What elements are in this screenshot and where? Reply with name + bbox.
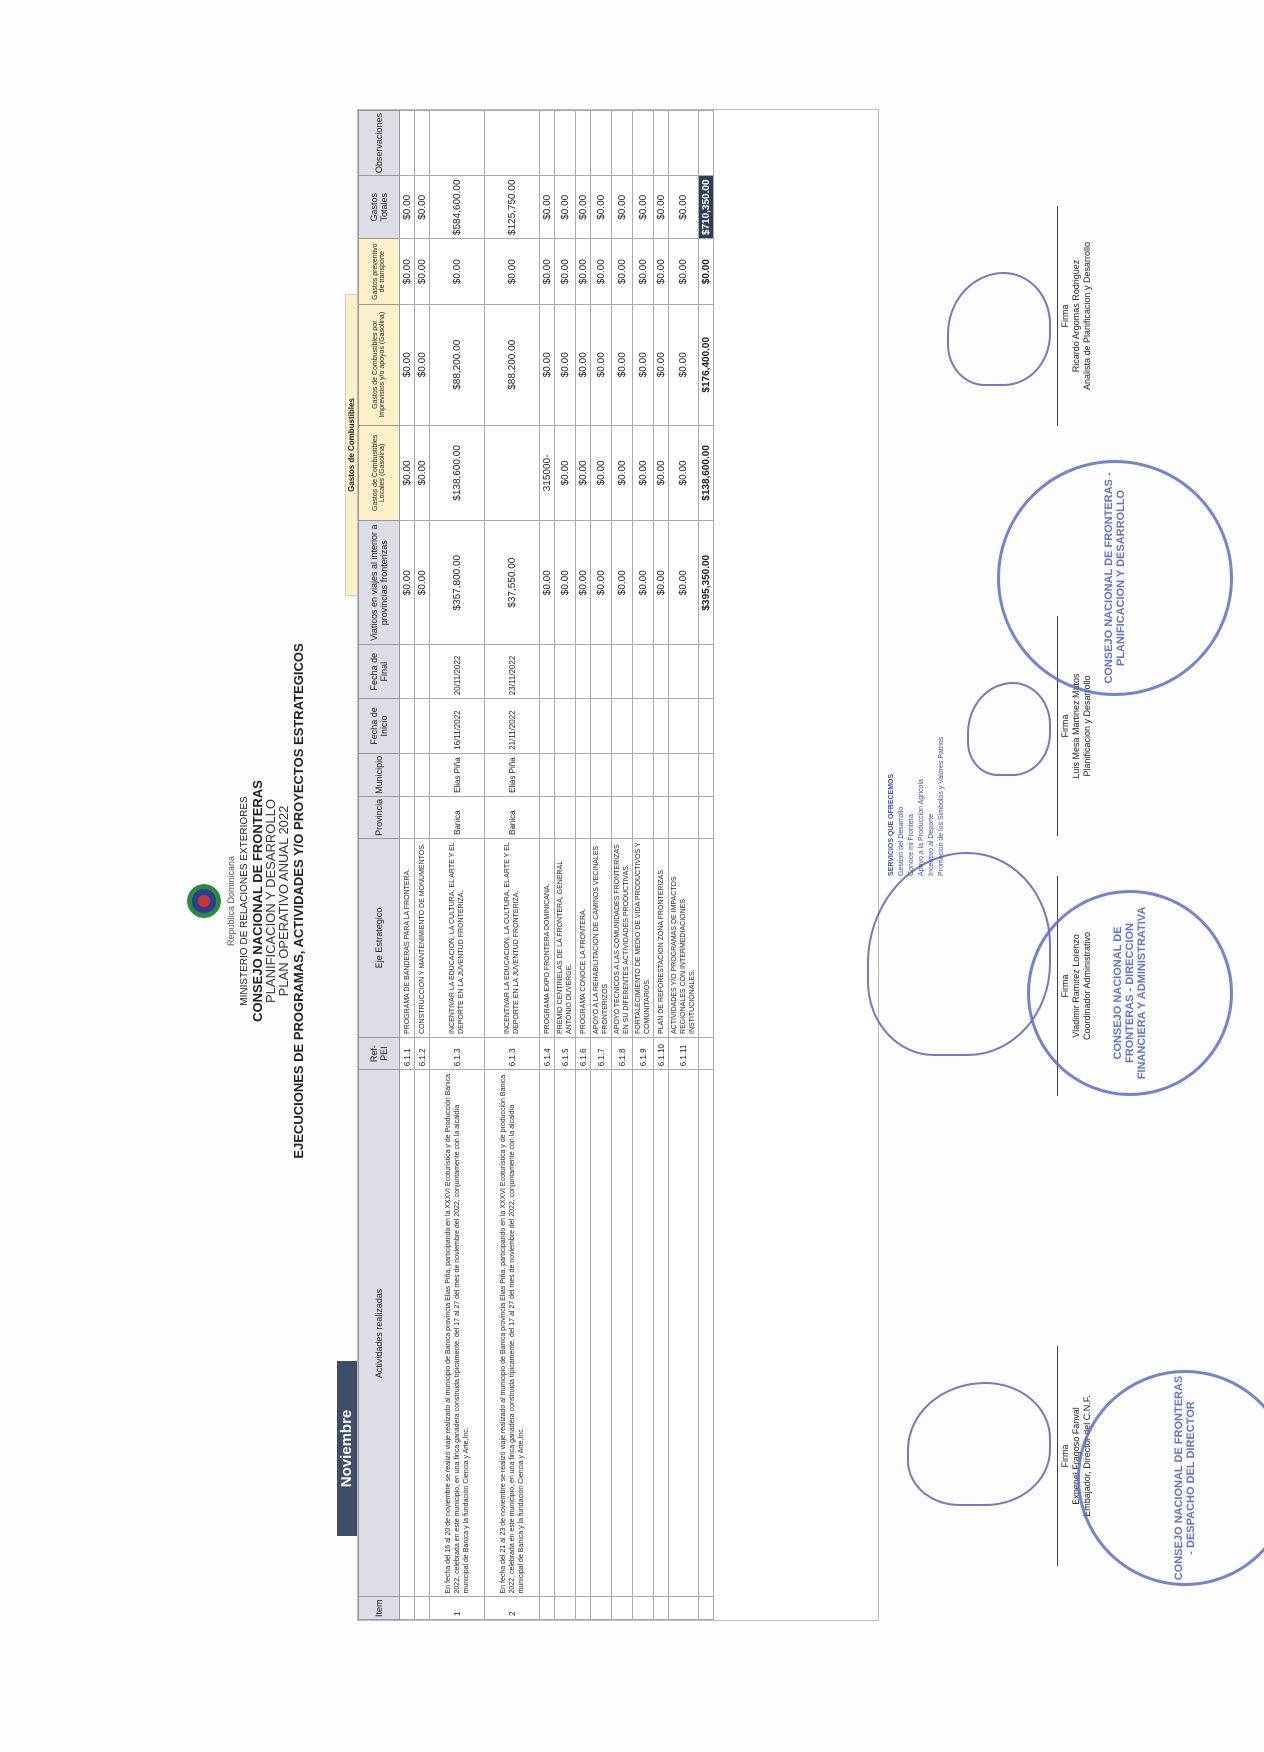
cell-total: $0.00	[654, 176, 669, 239]
cell-eje: CONSTRUCCION Y MANTENIMIENTO DE MONUMENT…	[415, 838, 430, 1037]
cell-item	[669, 1597, 699, 1620]
cell-comb_locales: 315000-	[540, 425, 555, 521]
report-title: EJECUCIONES DE PROGRAMAS, ACTIVIDADES Y/…	[292, 146, 305, 1656]
column-header: Fecha de Inicio	[359, 699, 400, 754]
cell-ref: 6.1.3	[430, 1037, 485, 1069]
plan: PLAN OPERATIVO ANUAL 2022	[277, 146, 290, 1656]
cell-eje: APOYO TECNICOS A LAS COMUNIDADES FRONTER…	[612, 838, 633, 1037]
service-item: Incentivo al Deporte	[927, 737, 937, 876]
cell-comb_imprevistos: $0.00	[540, 304, 555, 425]
cell-activity	[612, 1070, 633, 1597]
signature-analyst: Firma Ricardo Argomas Rodriguez Analista…	[1057, 206, 1093, 426]
scanned-page: Republica Dominicana MINISTERIO DE RELAC…	[67, 96, 1197, 1656]
table-row: 6.1.7APOYO A LA REHABILITACION DE CAMINO…	[591, 111, 612, 1620]
cell-total: $584,600.00	[430, 176, 485, 239]
cell-provincia	[591, 796, 612, 838]
cell-comb_locales: $0.00	[415, 425, 430, 521]
cell-item	[400, 1597, 415, 1620]
column-header: Viaticos en viajes al interior a provinc…	[359, 521, 400, 645]
cell-eje: APOYO A LA REHABILITACION DE CAMINOS VEC…	[591, 838, 612, 1037]
cell-obs	[633, 111, 654, 176]
cell-final	[591, 645, 612, 699]
table-row: 6.1.9FORTALECIMIENTO DE MEDIO DE VIDA PR…	[633, 111, 654, 1620]
cell-total: $125,750.00	[485, 176, 540, 239]
cell-obs	[612, 111, 633, 176]
cell-comb_locales: $0.00	[400, 425, 415, 521]
cell-comb_locales: $0.00	[576, 425, 591, 521]
cell-transporte: $0.00	[669, 239, 699, 304]
cell-transporte: $0.00	[591, 239, 612, 304]
cell-inicio: 16/11/2022	[430, 699, 485, 754]
table-row: 6.1.6PROGRAMA CONOCE LA FRONTERA.$0.00$0…	[576, 111, 591, 1620]
cell-comb_imprevistos: $0.00	[654, 304, 669, 425]
cell-final	[400, 645, 415, 699]
cell-ref: 6.1.10	[654, 1037, 669, 1069]
cell-item	[612, 1597, 633, 1620]
cell-comb_locales: $0.00	[591, 425, 612, 521]
cell-inicio	[633, 699, 654, 754]
cell-comb_imprevistos: $88,200.00	[485, 304, 540, 425]
table-row: 6.1.8APOYO TECNICOS A LAS COMUNIDADES FR…	[612, 111, 633, 1620]
cell-ref: 6.1.11	[669, 1037, 699, 1069]
month-banner: Noviembre	[337, 1361, 357, 1536]
stamp-planning: CONSEJO NACIONAL DE FRONTERAS - PLANIFIC…	[997, 460, 1233, 696]
cell-ref: 6.1.3	[485, 1037, 540, 1069]
cell-municipio: Elias Piña	[430, 753, 485, 796]
cell-eje: INCENTIVAR LA EDUCACION, LA CULTURA, EL …	[485, 838, 540, 1037]
cell-transporte: $0.00	[612, 239, 633, 304]
cell-activity	[654, 1070, 669, 1597]
cell-comb_imprevistos: $88,200.00	[430, 304, 485, 425]
cell-viaticos: $0.00	[633, 521, 654, 645]
cell-inicio	[555, 699, 576, 754]
total-viaticos: $395,350.00	[699, 521, 714, 645]
cell-final: 23/11/2022	[485, 645, 540, 699]
cell-obs	[485, 111, 540, 176]
total-comb_locales: $138,600.00	[699, 425, 714, 521]
column-header: Municipio	[359, 753, 400, 796]
cell-viaticos: $357,800.00	[430, 521, 485, 645]
total-item	[699, 1597, 714, 1620]
cell-municipio: Elias Piña	[485, 753, 540, 796]
cell-item: 1	[430, 1597, 485, 1620]
column-header: Observaciones	[359, 111, 400, 176]
cell-activity	[576, 1070, 591, 1597]
cell-total: $0.00	[555, 176, 576, 239]
cell-final	[654, 645, 669, 699]
cell-activity	[555, 1070, 576, 1597]
cell-comb_imprevistos: $0.00	[612, 304, 633, 425]
cell-municipio	[576, 753, 591, 796]
signature-scribble	[947, 272, 1051, 386]
cell-obs	[540, 111, 555, 176]
cell-activity: En fecha del 21 al 23 de noviembre se re…	[485, 1070, 540, 1597]
cell-total: $0.00	[576, 176, 591, 239]
cell-provincia: Banica	[430, 796, 485, 838]
cell-comb_imprevistos: $0.00	[555, 304, 576, 425]
cell-viaticos: $0.00	[400, 521, 415, 645]
totals-row: $395,350.00$138,600.00$176,400.00$0.00$7…	[699, 111, 714, 1620]
column-header: Item	[359, 1597, 400, 1620]
cell-activity: En fecha del 16 al 20 de noviembre se re…	[430, 1070, 485, 1597]
services-title: SERVICIOS QUE OFRECEMOS	[888, 774, 895, 876]
cell-inicio: 21/11/2022	[485, 699, 540, 754]
stamp-director: CONSEJO NACIONAL DE FRONTERAS - DESPACHO…	[1077, 1370, 1264, 1586]
cell-viaticos: $0.00	[612, 521, 633, 645]
table-row: 6.1.4PROGRAMA EXPO FRONTERA DOMINICANA.$…	[540, 111, 555, 1620]
signature-name: Ricardo Argomas Rodriguez	[1071, 206, 1082, 426]
cell-transporte: $0.00	[633, 239, 654, 304]
cell-municipio	[555, 753, 576, 796]
cell-provincia	[400, 796, 415, 838]
column-header: Gastos de Combustibles Locales (Gasolina…	[359, 425, 400, 521]
cell-eje: PREMIO CENTINELAS DE LA FRONTERA, GENERA…	[555, 838, 576, 1037]
cell-item	[591, 1597, 612, 1620]
cell-obs	[430, 111, 485, 176]
cell-final	[555, 645, 576, 699]
cell-comb_imprevistos: $0.00	[415, 304, 430, 425]
cell-obs	[576, 111, 591, 176]
cell-ref: 6.1.8	[612, 1037, 633, 1069]
execution-table-frame: ItemActividades realizadasRef-PEIEje Est…	[357, 109, 879, 1621]
cell-final: 20/11/2022	[430, 645, 485, 699]
table-row: 6.1.5PREMIO CENTINELAS DE LA FRONTERA, G…	[555, 111, 576, 1620]
cell-item	[654, 1597, 669, 1620]
cell-provincia	[415, 796, 430, 838]
cell-final	[669, 645, 699, 699]
cell-comb_locales: $0.00	[612, 425, 633, 521]
services-list: SERVICIOS QUE OFRECEMOS Gestion del Desa…	[887, 737, 947, 876]
cell-eje: FORTALECIMIENTO DE MEDIO DE VIDA PRODUCT…	[633, 838, 654, 1037]
cell-comb_locales: $138,600.00	[430, 425, 485, 521]
cell-total: $0.00	[540, 176, 555, 239]
cell-municipio	[633, 753, 654, 796]
cell-provincia	[669, 796, 699, 838]
cell-obs	[415, 111, 430, 176]
cell-inicio	[591, 699, 612, 754]
cell-eje: INCENTIVAR LA EDUCACION, LA CULTURA, EL …	[430, 838, 485, 1037]
cell-provincia: Banica	[485, 796, 540, 838]
total-municipio	[699, 753, 714, 796]
service-item: Apoyo a la Produccion Agricola	[917, 737, 927, 876]
cell-provincia	[555, 796, 576, 838]
cell-activity	[591, 1070, 612, 1597]
table-header-row: ItemActividades realizadasRef-PEIEje Est…	[359, 111, 400, 1620]
report-header: Republica Dominicana MINISTERIO DE RELAC…	[187, 146, 305, 1656]
total-activity	[699, 1070, 714, 1597]
cell-activity	[415, 1070, 430, 1597]
cell-item	[555, 1597, 576, 1620]
cell-transporte: $0.00	[576, 239, 591, 304]
cell-ref: 6.1.1	[400, 1037, 415, 1069]
table-row: 6.1.1PROGRAMA DE BANDERAS PARA LA FRONTE…	[400, 111, 415, 1620]
cell-transporte: $0.00	[415, 239, 430, 304]
cell-provincia	[576, 796, 591, 838]
cell-ref: 6.1.7	[591, 1037, 612, 1069]
cell-provincia	[612, 796, 633, 838]
column-header: Gastos Totales	[359, 176, 400, 239]
cell-transporte: $0.00	[555, 239, 576, 304]
cell-comb_locales: $0.00	[633, 425, 654, 521]
cell-inicio	[654, 699, 669, 754]
total-final	[699, 645, 714, 699]
cell-comb_locales: $0.00	[654, 425, 669, 521]
cell-final	[540, 645, 555, 699]
column-header: Gastos de Combustibles por Imprevistos y…	[359, 304, 400, 425]
cell-inicio	[540, 699, 555, 754]
total-obs	[699, 111, 714, 176]
country: Republica Dominicana	[225, 146, 238, 1656]
cell-eje: ACTIVIDADES Y/O PROGRAMAS DE IMPACTOS RE…	[669, 838, 699, 1037]
cell-item	[540, 1597, 555, 1620]
table-row: 6.1.10PLAN DE REFORESTACION ZONA FRONTER…	[654, 111, 669, 1620]
cell-ref: 6.1.9	[633, 1037, 654, 1069]
column-header: Fecha de Final	[359, 645, 400, 699]
total-comb_imprevistos: $176,400.00	[699, 304, 714, 425]
cell-transporte: $0.00	[540, 239, 555, 304]
total-provincia	[699, 796, 714, 838]
cell-inicio	[612, 699, 633, 754]
cell-item: 2	[485, 1597, 540, 1620]
cell-provincia	[540, 796, 555, 838]
cell-municipio	[654, 753, 669, 796]
cell-viaticos: $0.00	[555, 521, 576, 645]
signature-label: Firma	[1060, 1346, 1071, 1566]
cell-viaticos: $0.00	[591, 521, 612, 645]
cell-municipio	[612, 753, 633, 796]
total-total: $710,350.00	[699, 176, 714, 239]
table-row: 2En fecha del 21 al 23 de noviembre se r…	[485, 111, 540, 1620]
cell-ref: 6.1.4	[540, 1037, 555, 1069]
cell-eje: PROGRAMA EXPO FRONTERA DOMINICANA.	[540, 838, 555, 1037]
cell-eje: PROGRAMA DE BANDERAS PARA LA FRONTERA.	[400, 838, 415, 1037]
cell-comb_imprevistos: $0.00	[591, 304, 612, 425]
cell-viaticos: $0.00	[576, 521, 591, 645]
table-row: 6.1.2CONSTRUCCION Y MANTENIMIENTO DE MON…	[415, 111, 430, 1620]
cell-eje: PLAN DE REFORESTACION ZONA FRONTERIZAS	[654, 838, 669, 1037]
execution-table: ItemActividades realizadasRef-PEIEje Est…	[358, 110, 714, 1620]
cell-total: $0.00	[669, 176, 699, 239]
cell-item	[576, 1597, 591, 1620]
total-ref	[699, 1037, 714, 1069]
cell-item	[633, 1597, 654, 1620]
cell-municipio	[415, 753, 430, 796]
cell-transporte: $0.00	[430, 239, 485, 304]
cell-municipio	[591, 753, 612, 796]
cell-comb_locales: $0.00	[669, 425, 699, 521]
cell-total: $0.00	[415, 176, 430, 239]
cell-comb_imprevistos: $0.00	[576, 304, 591, 425]
cell-inicio	[415, 699, 430, 754]
column-header: Gastos preventivo de transporte	[359, 239, 400, 304]
column-header: Provincia	[359, 796, 400, 838]
cell-comb_locales: $0.00	[555, 425, 576, 521]
cell-comb_imprevistos: $0.00	[400, 304, 415, 425]
cell-inicio	[400, 699, 415, 754]
cell-eje: PROGRAMA CONOCE LA FRONTERA.	[576, 838, 591, 1037]
cell-viaticos: $37,550.00	[485, 521, 540, 645]
cell-obs	[400, 111, 415, 176]
coat-of-arms-icon	[187, 884, 221, 918]
cell-activity	[540, 1070, 555, 1597]
cell-inicio	[669, 699, 699, 754]
signature-label: Firma	[1060, 206, 1071, 426]
cell-viaticos: $0.00	[415, 521, 430, 645]
cell-ref: 6.1.6	[576, 1037, 591, 1069]
cell-obs	[555, 111, 576, 176]
cell-total: $0.00	[591, 176, 612, 239]
cell-final	[415, 645, 430, 699]
cell-inicio	[576, 699, 591, 754]
column-header: Actividades realizadas	[359, 1070, 400, 1597]
cell-ref: 6.1.2	[415, 1037, 430, 1069]
cell-obs	[654, 111, 669, 176]
total-transporte: $0.00	[699, 239, 714, 304]
cell-activity	[633, 1070, 654, 1597]
cell-ref: 6.1.5	[555, 1037, 576, 1069]
cell-transporte: $0.00	[400, 239, 415, 304]
table-row: 1En fecha del 16 al 20 de noviembre se r…	[430, 111, 485, 1620]
cell-final	[612, 645, 633, 699]
signature-scribble	[867, 852, 1051, 1056]
column-header: Ref-PEI	[359, 1037, 400, 1069]
cell-total: $0.00	[633, 176, 654, 239]
cell-viaticos: $0.00	[669, 521, 699, 645]
signature-scribble	[967, 682, 1051, 776]
cell-viaticos: $0.00	[654, 521, 669, 645]
cell-obs	[669, 111, 699, 176]
cell-provincia	[654, 796, 669, 838]
cell-comb_imprevistos: $0.00	[669, 304, 699, 425]
cell-total: $0.00	[400, 176, 415, 239]
cell-obs	[591, 111, 612, 176]
total-eje	[699, 838, 714, 1037]
cell-municipio	[540, 753, 555, 796]
cell-viaticos: $0.00	[540, 521, 555, 645]
table-row: 6.1.11ACTIVIDADES Y/O PROGRAMAS DE IMPAC…	[669, 111, 699, 1620]
total-inicio	[699, 699, 714, 754]
cell-transporte: $0.00	[654, 239, 669, 304]
service-item: Gestion del Desarrollo	[897, 737, 907, 876]
column-header: Eje Estrategico	[359, 838, 400, 1037]
cell-total: $0.00	[612, 176, 633, 239]
cell-item	[415, 1597, 430, 1620]
cell-activity	[400, 1070, 415, 1597]
cell-provincia	[633, 796, 654, 838]
signature-scribble	[907, 1382, 1051, 1506]
cell-municipio	[400, 753, 415, 796]
cell-municipio	[669, 753, 699, 796]
cell-comb_imprevistos: $0.00	[633, 304, 654, 425]
cell-activity	[669, 1070, 699, 1597]
cell-final	[633, 645, 654, 699]
cell-final	[576, 645, 591, 699]
cell-comb_locales	[485, 425, 540, 521]
cell-transporte: $0.00	[485, 239, 540, 304]
stamp-finance: CONSEJO NACIONAL DE FRONTERAS - DIRECCIO…	[1027, 890, 1233, 1096]
service-item: Conoce mi Frontera	[907, 737, 917, 876]
signature-title: Analista de Planificacion y Desarrollo	[1082, 206, 1093, 426]
